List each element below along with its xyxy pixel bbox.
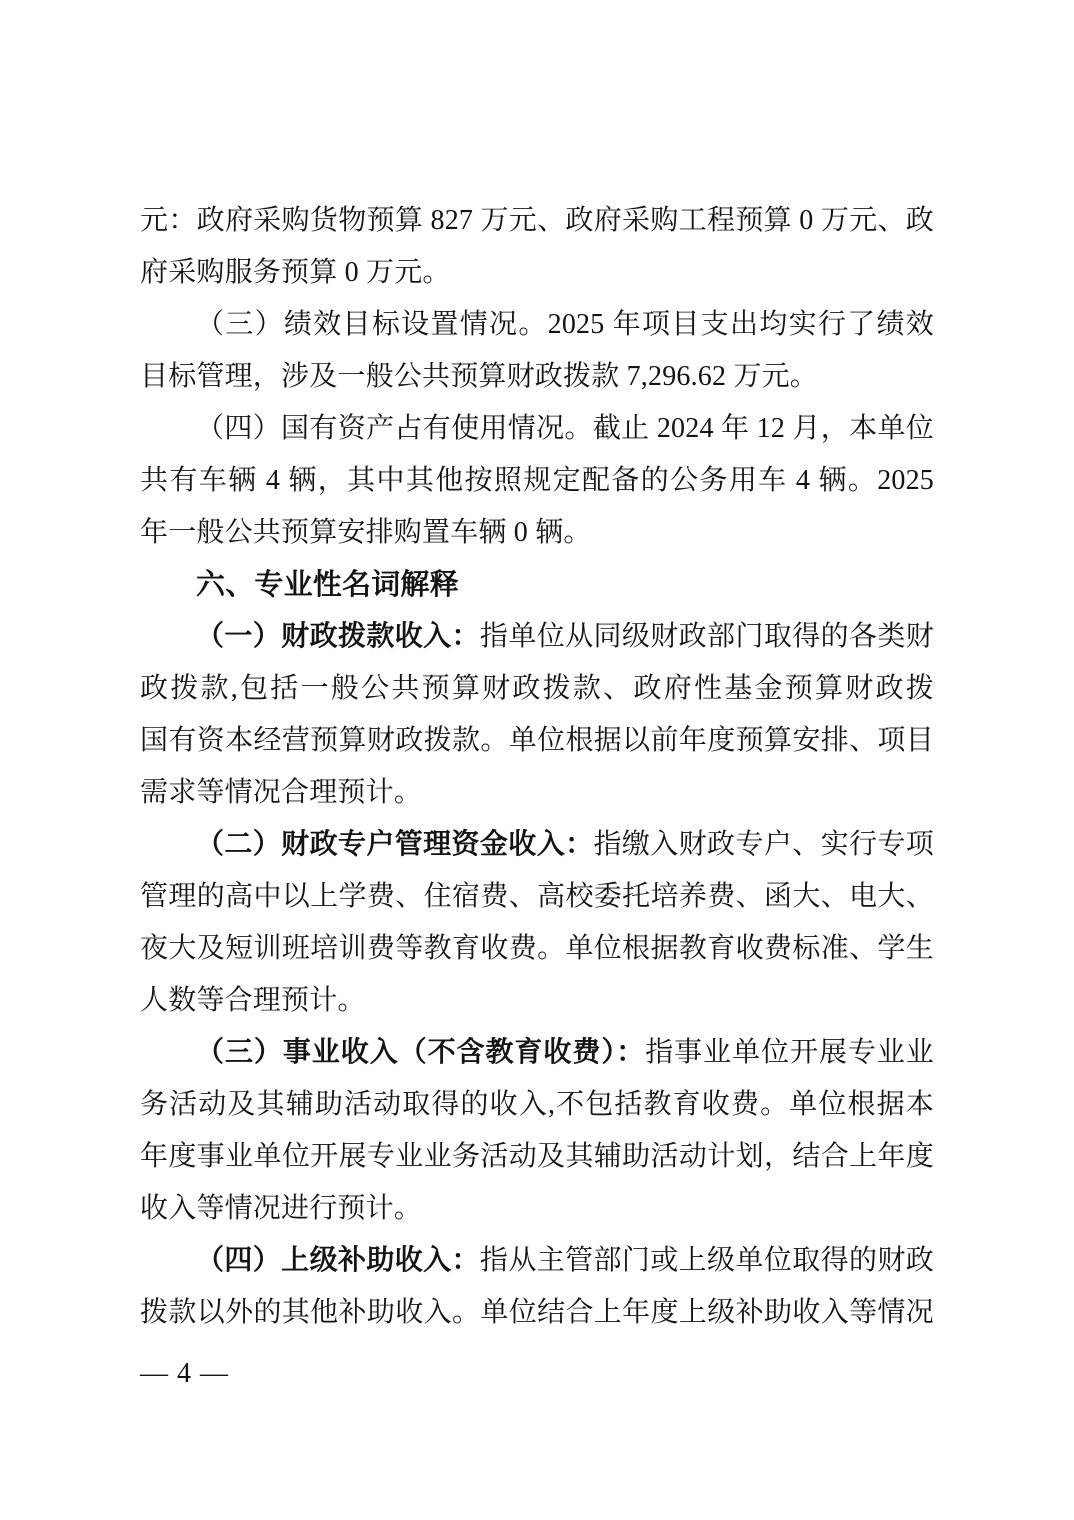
- text-run: 指缴入财政专户、实行专项: [593, 829, 934, 860]
- text-run: 元：政府采购货物预算 827 万元、政府采购工程预算 0 万元、政: [140, 205, 934, 236]
- text-line: 政拨款,包括一般公共预算财政拨款、政府性基金预算财政拨款、: [140, 663, 934, 715]
- document-page: 元：政府采购货物预算 827 万元、政府采购工程预算 0 万元、政府采购服务预算…: [0, 0, 1074, 1520]
- text-run: 府采购服务预算 0 万元。: [140, 257, 451, 288]
- text-run: 夜大及短训班培训费等教育收费。单位根据教育收费标准、学生: [140, 933, 934, 964]
- text-line: 管理的高中以上学费、住宿费、高校委托培养费、函大、电大、: [140, 871, 934, 923]
- text-run: （四）上级补助收入：: [196, 1245, 480, 1276]
- text-run: 国有资本经营预算财政拨款。单位根据以前年度预算安排、项目: [140, 725, 934, 756]
- text-line: 国有资本经营预算财政拨款。单位根据以前年度预算安排、项目: [140, 715, 934, 767]
- text-line: 共有车辆 4 辆，其中其他按照规定配备的公务用车 4 辆。2025: [140, 455, 934, 507]
- text-line: （四）上级补助收入：指从主管部门或上级单位取得的财政: [140, 1235, 934, 1287]
- text-line: 元：政府采购货物预算 827 万元、政府采购工程预算 0 万元、政: [140, 195, 934, 247]
- text-line: 拨款以外的其他补助收入。单位结合上年度上级补助收入等情况: [140, 1287, 934, 1339]
- text-run: 指单位从同级财政部门取得的各类财: [480, 621, 934, 652]
- text-run: 收入等情况进行预计。: [140, 1193, 422, 1224]
- text-run: 共有车辆 4 辆，其中其他按照规定配备的公务用车 4 辆。2025: [140, 465, 934, 496]
- text-run: 政拨款,包括一般公共预算财政拨款、政府性基金预算财政拨款、: [140, 673, 934, 715]
- text-run: （四）国有资产占有使用情况。截止 2024 年 12 月，本单位: [196, 413, 934, 444]
- text-line: （三）绩效目标设置情况。2025 年项目支出均实行了绩效: [140, 299, 934, 351]
- text-run: （三）事业收入（不含教育收费）：: [196, 1037, 645, 1068]
- text-run: 人数等合理预计。: [140, 985, 366, 1016]
- text-run: 目标管理，涉及一般公共预算财政拨款 7,296.62 万元。: [140, 361, 818, 392]
- text-line: （一）财政拨款收入：指单位从同级财政部门取得的各类财: [140, 611, 934, 663]
- text-line: 目标管理，涉及一般公共预算财政拨款 7,296.62 万元。: [140, 351, 934, 403]
- text-line: 年度事业单位开展专业业务活动及其辅助活动计划，结合上年度: [140, 1131, 934, 1183]
- text-run: 年度事业单位开展专业业务活动及其辅助活动计划，结合上年度: [140, 1141, 934, 1172]
- text-line: 府采购服务预算 0 万元。: [140, 247, 934, 299]
- page-number: — 4 —: [140, 1348, 229, 1400]
- text-line: 需求等情况合理预计。: [140, 767, 934, 819]
- text-line: （四）国有资产占有使用情况。截止 2024 年 12 月，本单位: [140, 403, 934, 455]
- text-run: （二）财政专户管理资金收入：: [196, 829, 593, 860]
- text-run: 指从主管部门或上级单位取得的财政: [480, 1245, 934, 1276]
- text-line: （三）事业收入（不含教育收费）：指事业单位开展专业业: [140, 1027, 934, 1079]
- document-body: 元：政府采购货物预算 827 万元、政府采购工程预算 0 万元、政府采购服务预算…: [140, 195, 934, 1339]
- text-run: （三）绩效目标设置情况。2025 年项目支出均实行了绩效: [196, 309, 934, 340]
- text-line: 务活动及其辅助活动取得的收入,不包括教育收费。单位根据本: [140, 1079, 934, 1131]
- text-line: 夜大及短训班培训费等教育收费。单位根据教育收费标准、学生: [140, 923, 934, 975]
- text-run: 管理的高中以上学费、住宿费、高校委托培养费、函大、电大、: [140, 881, 934, 912]
- text-line: （二）财政专户管理资金收入：指缴入财政专户、实行专项: [140, 819, 934, 871]
- text-run: 指事业单位开展专业业: [645, 1037, 934, 1068]
- text-run: 需求等情况合理预计。: [140, 777, 422, 808]
- text-run: 年一般公共预算安排购置车辆 0 辆。: [140, 517, 592, 548]
- text-line: 收入等情况进行预计。: [140, 1183, 934, 1235]
- text-line: 人数等合理预计。: [140, 975, 934, 1027]
- text-line: 年一般公共预算安排购置车辆 0 辆。: [140, 507, 934, 559]
- text-run: 六、专业性名词解释: [196, 569, 459, 601]
- section-heading: 六、专业性名词解释: [140, 559, 934, 611]
- text-run: 拨款以外的其他补助收入。单位结合上年度上级补助收入等情况: [140, 1297, 934, 1328]
- text-run: 务活动及其辅助活动取得的收入,不包括教育收费。单位根据本: [140, 1089, 934, 1120]
- text-run: （一）财政拨款收入：: [196, 621, 480, 652]
